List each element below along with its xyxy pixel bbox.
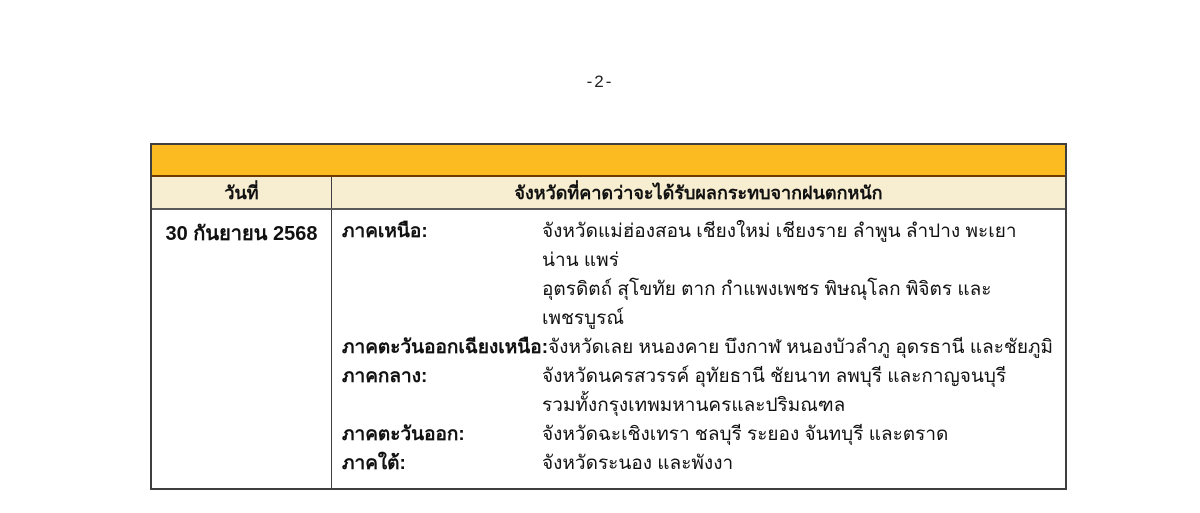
province-line: จังหวัดแม่ฮ่องสอน เชียงใหม่ เชียงราย ลำพ… <box>542 217 1053 275</box>
region-provinces: จังหวัดแม่ฮ่องสอน เชียงใหม่ เชียงราย ลำพ… <box>542 217 1053 333</box>
page-number: -2- <box>0 72 1200 92</box>
region-provinces: จังหวัดนครสวรรค์ อุทัยธานี ชัยนาท ลพบุรี… <box>542 362 1053 420</box>
region-row-central: ภาคกลาง: จังหวัดนครสวรรค์ อุทัยธานี ชัยน… <box>342 362 1053 420</box>
header-impact-cell: จังหวัดที่คาดว่าจะได้รับผลกระทบจากฝนตกหน… <box>332 177 1065 208</box>
province-line: รวมทั้งกรุงเทพมหานครและปริมณฑล <box>542 391 1053 420</box>
region-provinces: จังหวัดฉะเชิงเทรา ชลบุรี ระยอง จันทบุรี … <box>542 420 1053 449</box>
province-line: จังหวัดระนอง และพังงา <box>542 449 1053 478</box>
region-label: ภาคกลาง: <box>342 362 542 420</box>
region-label: ภาคใต้: <box>342 449 542 478</box>
header-impact-label: จังหวัดที่คาดว่าจะได้รับผลกระทบจากฝนตกหน… <box>514 178 882 207</box>
header-date-cell: วันที่ <box>152 177 332 208</box>
province-line: จังหวัดฉะเชิงเทรา ชลบุรี ระยอง จันทบุรี … <box>542 420 1053 449</box>
table-data-row: 30 กันยายน 2568 ภาคเหนือ: จังหวัดแม่ฮ่อง… <box>152 210 1065 488</box>
region-label: ภาคเหนือ: <box>342 217 542 333</box>
region-provinces: จังหวัดระนอง และพังงา <box>542 449 1053 478</box>
table-header-row: วันที่ จังหวัดที่คาดว่าจะได้รับผลกระทบจา… <box>152 177 1065 210</box>
region-label: ภาคตะวันออกเฉียงเหนือ: <box>342 333 548 362</box>
region-provinces: จังหวัดเลย หนองคาย บึงกาฬ หนองบัวลำภู อุ… <box>548 333 1053 362</box>
date-value: 30 กันยายน 2568 <box>166 223 318 245</box>
region-row-south: ภาคใต้: จังหวัดระนอง และพังงา <box>342 449 1053 478</box>
date-cell: 30 กันยายน 2568 <box>152 210 332 488</box>
region-label: ภาคตะวันออก: <box>342 420 542 449</box>
province-line: อุตรดิตถ์ สุโขทัย ตาก กำแพงเพชร พิษณุโลก… <box>542 275 1053 333</box>
region-row-north: ภาคเหนือ: จังหวัดแม่ฮ่องสอน เชียงใหม่ เช… <box>342 217 1053 333</box>
regions-cell: ภาคเหนือ: จังหวัดแม่ฮ่องสอน เชียงใหม่ เช… <box>332 210 1065 488</box>
region-row-northeast: ภาคตะวันออกเฉียงเหนือ: จังหวัดเลย หนองคา… <box>342 333 1053 362</box>
impact-table: วันที่ จังหวัดที่คาดว่าจะได้รับผลกระทบจา… <box>150 143 1067 490</box>
region-row-east: ภาคตะวันออก: จังหวัดฉะเชิงเทรา ชลบุรี ระ… <box>342 420 1053 449</box>
province-line: จังหวัดนครสวรรค์ อุทัยธานี ชัยนาท ลพบุรี… <box>542 362 1053 391</box>
province-line: จังหวัดเลย หนองคาย บึงกาฬ หนองบัวลำภู อุ… <box>548 333 1053 362</box>
header-date-label: วันที่ <box>224 178 258 207</box>
table-title-bar <box>152 145 1065 177</box>
